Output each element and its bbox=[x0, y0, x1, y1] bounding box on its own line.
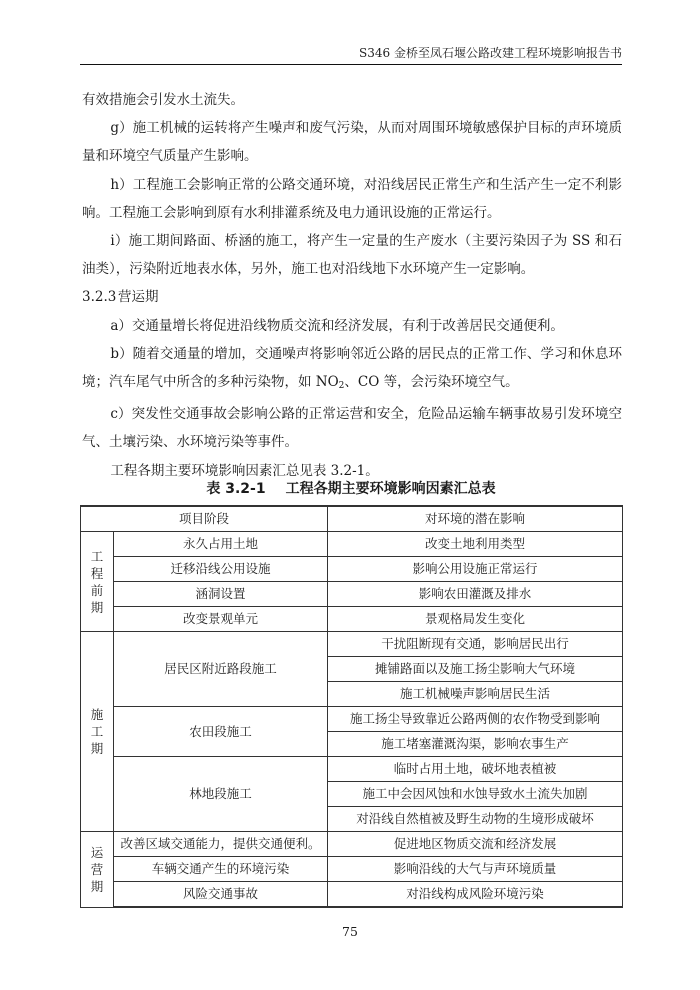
header-title: S346 金桥至凤石堰公路改建工程环境影响报告书 bbox=[359, 46, 622, 60]
header-stage: 项目阶段 bbox=[81, 506, 328, 532]
activity-cell: 改变景观单元 bbox=[114, 607, 328, 632]
paragraph: h）工程施工会影响正常的公路交通环境，对沿线居民正常生产和生活产生一定不利影响。… bbox=[82, 171, 622, 227]
paragraph: a）交通量增长将促进沿线物质交流和经济发展，有利于改善居民交通便利。 bbox=[82, 312, 622, 340]
table-row: 风险交通事故对沿线构成风险环境污染 bbox=[81, 882, 623, 908]
impact-cell: 影响沿线的大气与声环境质量 bbox=[328, 857, 623, 882]
impact-cell: 对沿线自然植被及野生动物的生境形成破坏 bbox=[328, 807, 623, 832]
impact-cell: 施工机械噪声影响居民生活 bbox=[328, 682, 623, 707]
table-row: 涵洞设置影响农田灌溉及排水 bbox=[81, 582, 623, 607]
table-row: 迁移沿线公用设施影响公用设施正常运行 bbox=[81, 557, 623, 582]
impact-cell: 影响农田灌溉及排水 bbox=[328, 582, 623, 607]
table-row: 改变景观单元景观格局发生变化 bbox=[81, 607, 623, 632]
header-impact: 对环境的潜在影响 bbox=[328, 506, 623, 532]
table-caption-number: 表 3.2-1 bbox=[206, 481, 265, 497]
activity-cell: 林地段施工 bbox=[114, 757, 328, 832]
impact-cell: 临时占用土地，破坏地表植被 bbox=[328, 757, 623, 782]
impact-cell: 对沿线构成风险环境污染 bbox=[328, 882, 623, 908]
activity-cell: 居民区附近路段施工 bbox=[114, 632, 328, 707]
table-header-row: 项目阶段对环境的潜在影响 bbox=[81, 506, 623, 532]
phase-cell: 运营期 bbox=[81, 832, 114, 908]
activity-cell: 涵洞设置 bbox=[114, 582, 328, 607]
phase-char: 前 bbox=[81, 582, 113, 599]
impact-cell: 影响公用设施正常运行 bbox=[328, 557, 623, 582]
text-segment: 、CO 等，会污染环境空气。 bbox=[344, 374, 518, 390]
impact-cell: 施工扬尘导致靠近公路两侧的农作物受到影响 bbox=[328, 707, 623, 732]
activity-cell: 迁移沿线公用设施 bbox=[114, 557, 328, 582]
activity-cell: 农田段施工 bbox=[114, 707, 328, 757]
phase-char: 期 bbox=[81, 740, 113, 757]
section-heading: 3.2.3营运期 bbox=[82, 283, 622, 311]
paragraph: i）施工期间路面、桥涵的施工，将产生一定量的生产废水（主要污染因子为 SS 和石… bbox=[82, 227, 622, 283]
activity-cell: 车辆交通产生的环境污染 bbox=[114, 857, 328, 882]
activity-cell: 永久占用土地 bbox=[114, 532, 328, 557]
table-row: 车辆交通产生的环境污染影响沿线的大气与声环境质量 bbox=[81, 857, 623, 882]
table-row: 林地段施工临时占用土地，破坏地表植被 bbox=[81, 757, 623, 782]
paragraph: c）突发性交通事故会影响公路的正常运营和安全，危险品运输车辆事故易引发环境空气、… bbox=[82, 400, 622, 456]
page-number: 75 bbox=[0, 924, 700, 939]
table-row: 农田段施工施工扬尘导致靠近公路两侧的农作物受到影响 bbox=[81, 707, 623, 732]
phase-char: 施 bbox=[81, 706, 113, 723]
table-row: 工程前期永久占用土地改变土地利用类型 bbox=[81, 532, 623, 557]
impact-cell: 促进地区物质交流和经济发展 bbox=[328, 832, 623, 857]
phase-char: 期 bbox=[81, 878, 113, 895]
activity-cell: 风险交通事故 bbox=[114, 882, 328, 908]
activity-cell: 改善区域交通能力，提供交通便利。 bbox=[114, 832, 328, 857]
phase-char: 运 bbox=[81, 844, 113, 861]
table-caption: 表 3.2-1工程各期主要环境影响因素汇总表 bbox=[80, 478, 622, 498]
running-header: S346 金桥至凤石堰公路改建工程环境影响报告书 bbox=[80, 44, 622, 65]
phase-char: 营 bbox=[81, 861, 113, 878]
table-row: 运营期改善区域交通能力，提供交通便利。促进地区物质交流和经济发展 bbox=[81, 832, 623, 857]
table-row: 施工期居民区附近路段施工干扰阻断现有交通，影响居民出行 bbox=[81, 632, 623, 657]
phase-cell: 施工期 bbox=[81, 632, 114, 832]
paragraph: g）施工机械的运转将产生噪声和废气污染，从而对周围环境敏感保护目标的声环境质量和… bbox=[82, 114, 622, 170]
impact-cell: 改变土地利用类型 bbox=[328, 532, 623, 557]
phase-char: 工 bbox=[81, 723, 113, 740]
table-caption-title: 工程各期主要环境影响因素汇总表 bbox=[286, 481, 496, 497]
phase-cell: 工程前期 bbox=[81, 532, 114, 632]
section-title: 营运期 bbox=[118, 289, 159, 305]
impact-cell: 景观格局发生变化 bbox=[328, 607, 623, 632]
paragraph: 有效措施会引发水土流失。 bbox=[82, 86, 622, 114]
phase-char: 工 bbox=[81, 548, 113, 565]
paragraph: b）随着交通量的增加，交通噪声将影响邻近公路的居民点的正常工作、学习和休息环境；… bbox=[82, 340, 622, 400]
impact-cell: 施工中会因风蚀和水蚀导致水土流失加剧 bbox=[328, 782, 623, 807]
section-number: 3.2.3 bbox=[82, 283, 118, 311]
table-body: 项目阶段对环境的潜在影响工程前期永久占用土地改变土地利用类型迁移沿线公用设施影响… bbox=[81, 506, 623, 907]
phase-char: 程 bbox=[81, 565, 113, 582]
body-text-top: 有效措施会引发水土流失。 g）施工机械的运转将产生噪声和废气污染，从而对周围环境… bbox=[82, 86, 622, 485]
impact-summary-table: 项目阶段对环境的潜在影响工程前期永久占用土地改变土地利用类型迁移沿线公用设施影响… bbox=[80, 505, 623, 908]
impact-cell: 摊铺路面以及施工扬尘影响大气环境 bbox=[328, 657, 623, 682]
impact-cell: 施工堵塞灌溉沟渠，影响农事生产 bbox=[328, 732, 623, 757]
phase-char: 期 bbox=[81, 599, 113, 616]
impact-cell: 干扰阻断现有交通，影响居民出行 bbox=[328, 632, 623, 657]
